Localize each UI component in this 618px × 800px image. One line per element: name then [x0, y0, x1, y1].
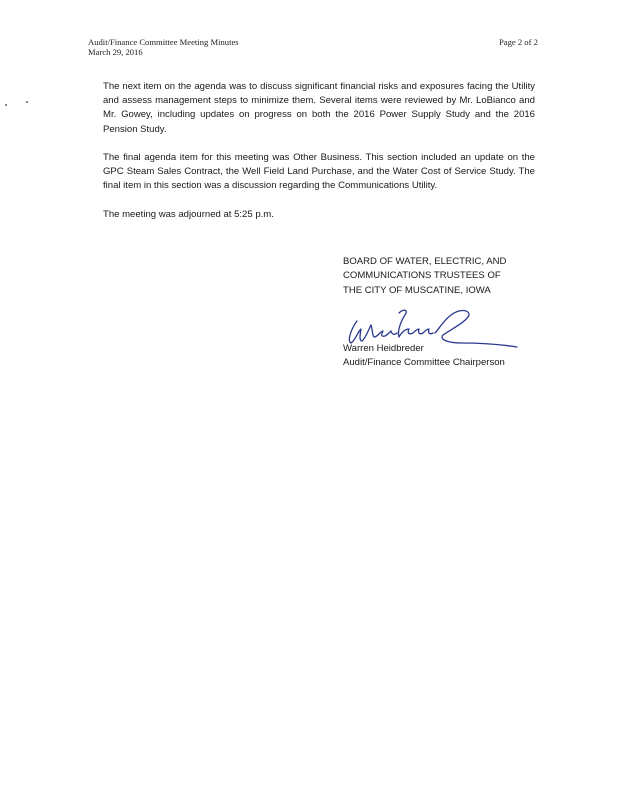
- scan-speck: [26, 101, 28, 103]
- paragraph-financial-risks: The next item on the agenda was to discu…: [103, 80, 535, 137]
- board-name-block: BOARD OF WATER, ELECTRIC, AND COMMUNICAT…: [343, 255, 506, 298]
- header-left: Audit/Finance Committee Meeting Minutes …: [88, 37, 239, 57]
- scan-speck: [5, 104, 7, 106]
- signer-block: Warren Heidbreder Audit/Finance Committe…: [343, 342, 505, 371]
- page-number: Page 2 of 2: [499, 37, 538, 47]
- document-title: Audit/Finance Committee Meeting Minutes: [88, 37, 239, 47]
- signer-name: Warren Heidbreder: [343, 342, 505, 356]
- board-line-2: COMMUNICATIONS TRUSTEES OF: [343, 269, 506, 283]
- signer-role: Audit/Finance Committee Chairperson: [343, 356, 505, 370]
- board-line-1: BOARD OF WATER, ELECTRIC, AND: [343, 255, 506, 269]
- paragraph-adjournment: The meeting was adjourned at 5:25 p.m.: [103, 208, 535, 222]
- document-page: Audit/Finance Committee Meeting Minutes …: [0, 0, 618, 800]
- board-line-3: THE CITY OF MUSCATINE, IOWA: [343, 284, 506, 298]
- paragraph-other-business: The final agenda item for this meeting w…: [103, 151, 535, 194]
- meeting-date: March 29, 2016: [88, 47, 239, 57]
